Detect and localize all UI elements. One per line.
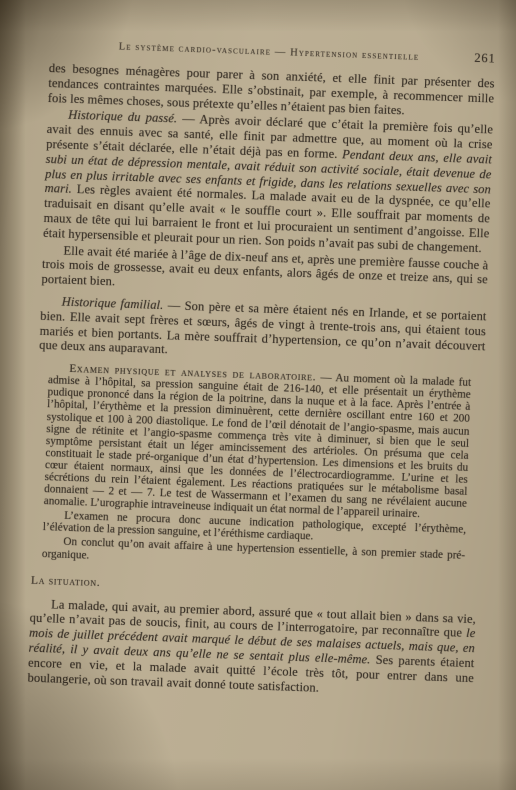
paragraph: Historique familial. — Son père et sa mè… [39,294,487,369]
text-run: des besognes ménagères pour parer à son … [48,61,495,117]
page-content: Le système cardio-vasculaire — Hypertens… [27,36,495,701]
text-run: — Au moment où la malade fut admise à l’… [44,372,472,521]
page-number: 261 [474,51,496,67]
paragraph: Historique du passé. — Après avoir décla… [43,107,493,256]
page-body: des besognes ménagères pour parer à son … [27,61,495,701]
page-header: Le système cardio-vasculaire — Hypertens… [49,36,495,67]
small-caps-run: La situation. [31,574,101,588]
paragraph: La malade, qui avait, au premier abord, … [27,596,476,700]
running-title: Le système cardio-vasculaire — Hypertens… [75,40,462,64]
paragraph: Examen physique et analyses de laboratoi… [44,362,472,522]
scanned-book-page: { "page": { "running_title": "Le système… [0,0,516,790]
